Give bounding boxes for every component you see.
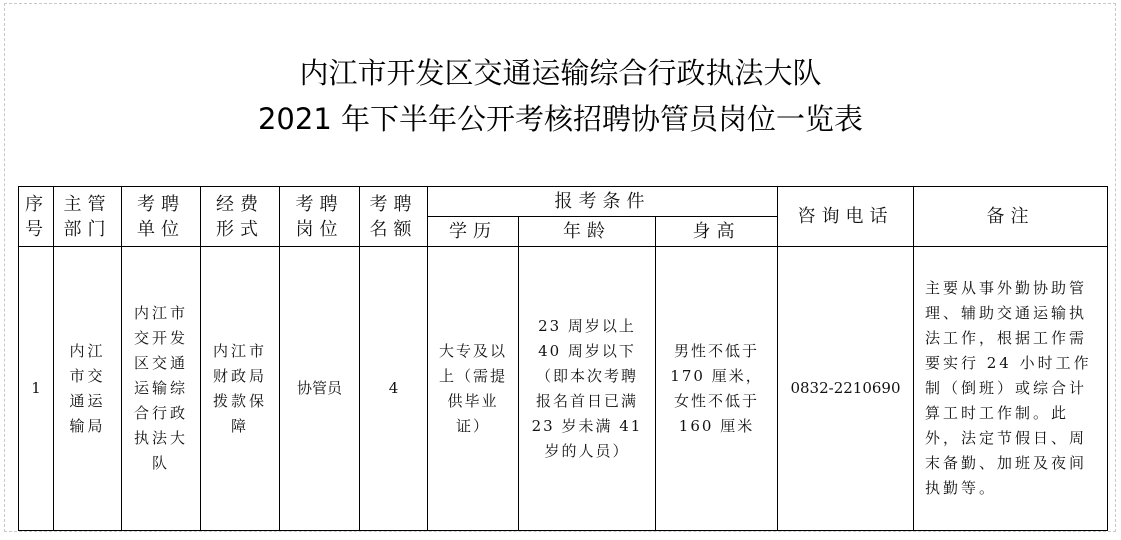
cell-post: 协管员	[280, 247, 360, 531]
cell-age: 23 周岁以上40 周岁以下（即本次考聘报名首日已满23 岁未满 41 岁的人员…	[519, 247, 656, 531]
cell-funding: 内江市财政局拨款保障	[201, 247, 280, 531]
header-row-1: 序 号 主管 部门 考聘 单位 经费 形式 考聘 岗位 考聘 名额 报考条件 咨…	[19, 187, 1108, 217]
header-quota-line1: 考聘	[360, 192, 427, 217]
cell-phone: 0832-2210690	[778, 247, 914, 531]
table-row: 1 内江市交通运输局 内江市交开发区交通运输综合行政执法大队 内江市财政局拨款保…	[19, 247, 1108, 531]
header-dept: 主管 部门	[54, 187, 122, 247]
cell-age-text: 23 周岁以上40 周岁以下（即本次考聘报名首日已满23 岁未满 41 岁的人员…	[528, 314, 646, 464]
header-seq-line1: 序	[19, 192, 53, 217]
cell-education: 大专及以上（需提供毕业证）	[428, 247, 519, 531]
header-conditions: 报考条件	[428, 187, 778, 217]
cell-dept: 内江市交通运输局	[54, 247, 122, 531]
header-quota-line2: 名额	[360, 217, 427, 242]
header-quota: 考聘 名额	[360, 187, 428, 247]
document-title-line1: 内江市开发区交通运输综合行政执法大队	[0, 55, 1121, 91]
document-title-line2: 2021 年下半年公开考核招聘协管员岗位一览表	[0, 101, 1121, 137]
header-post: 考聘 岗位	[280, 187, 360, 247]
header-funding-line1: 经费	[201, 192, 279, 217]
cell-unit: 内江市交开发区交通运输综合行政执法大队	[122, 247, 201, 531]
header-post-line1: 考聘	[280, 192, 359, 217]
header-height: 身高	[656, 217, 778, 247]
header-dept-line1: 主管	[54, 192, 121, 217]
header-unit: 考聘 单位	[122, 187, 201, 247]
cell-education-text: 大专及以上（需提供毕业证）	[436, 339, 510, 439]
cell-height-text: 男性不低于170 厘米，女性不低于160 厘米	[664, 339, 770, 439]
header-seq-line2: 号	[19, 217, 53, 242]
header-post-line2: 岗位	[280, 217, 359, 242]
header-funding: 经费 形式	[201, 187, 280, 247]
cell-funding-text: 内江市财政局拨款保障	[213, 339, 268, 439]
cell-dept-text: 内江市交通运输局	[70, 339, 106, 439]
header-remarks: 备注	[914, 187, 1108, 247]
header-phone: 咨询电话	[778, 187, 914, 247]
header-age: 年龄	[519, 217, 656, 247]
cell-quota: 4	[360, 247, 428, 531]
header-education: 学历	[428, 217, 519, 247]
cell-seq: 1	[19, 247, 54, 531]
header-seq: 序 号	[19, 187, 54, 247]
recruitment-table: 序 号 主管 部门 考聘 单位 经费 形式 考聘 岗位 考聘 名额 报考条件 咨…	[18, 186, 1108, 531]
header-unit-line1: 考聘	[122, 192, 200, 217]
cell-unit-text: 内江市交开发区交通运输综合行政执法大队	[134, 301, 189, 476]
cell-height: 男性不低于170 厘米，女性不低于160 厘米	[656, 247, 778, 531]
header-unit-line2: 单位	[122, 217, 200, 242]
header-dept-line2: 部门	[54, 217, 121, 242]
cell-remarks: 主要从事外勤协助管理、辅助交通运输执法工作，根据工作需要实行 24 小时工作制（…	[914, 247, 1108, 531]
header-funding-line2: 形式	[201, 217, 279, 242]
